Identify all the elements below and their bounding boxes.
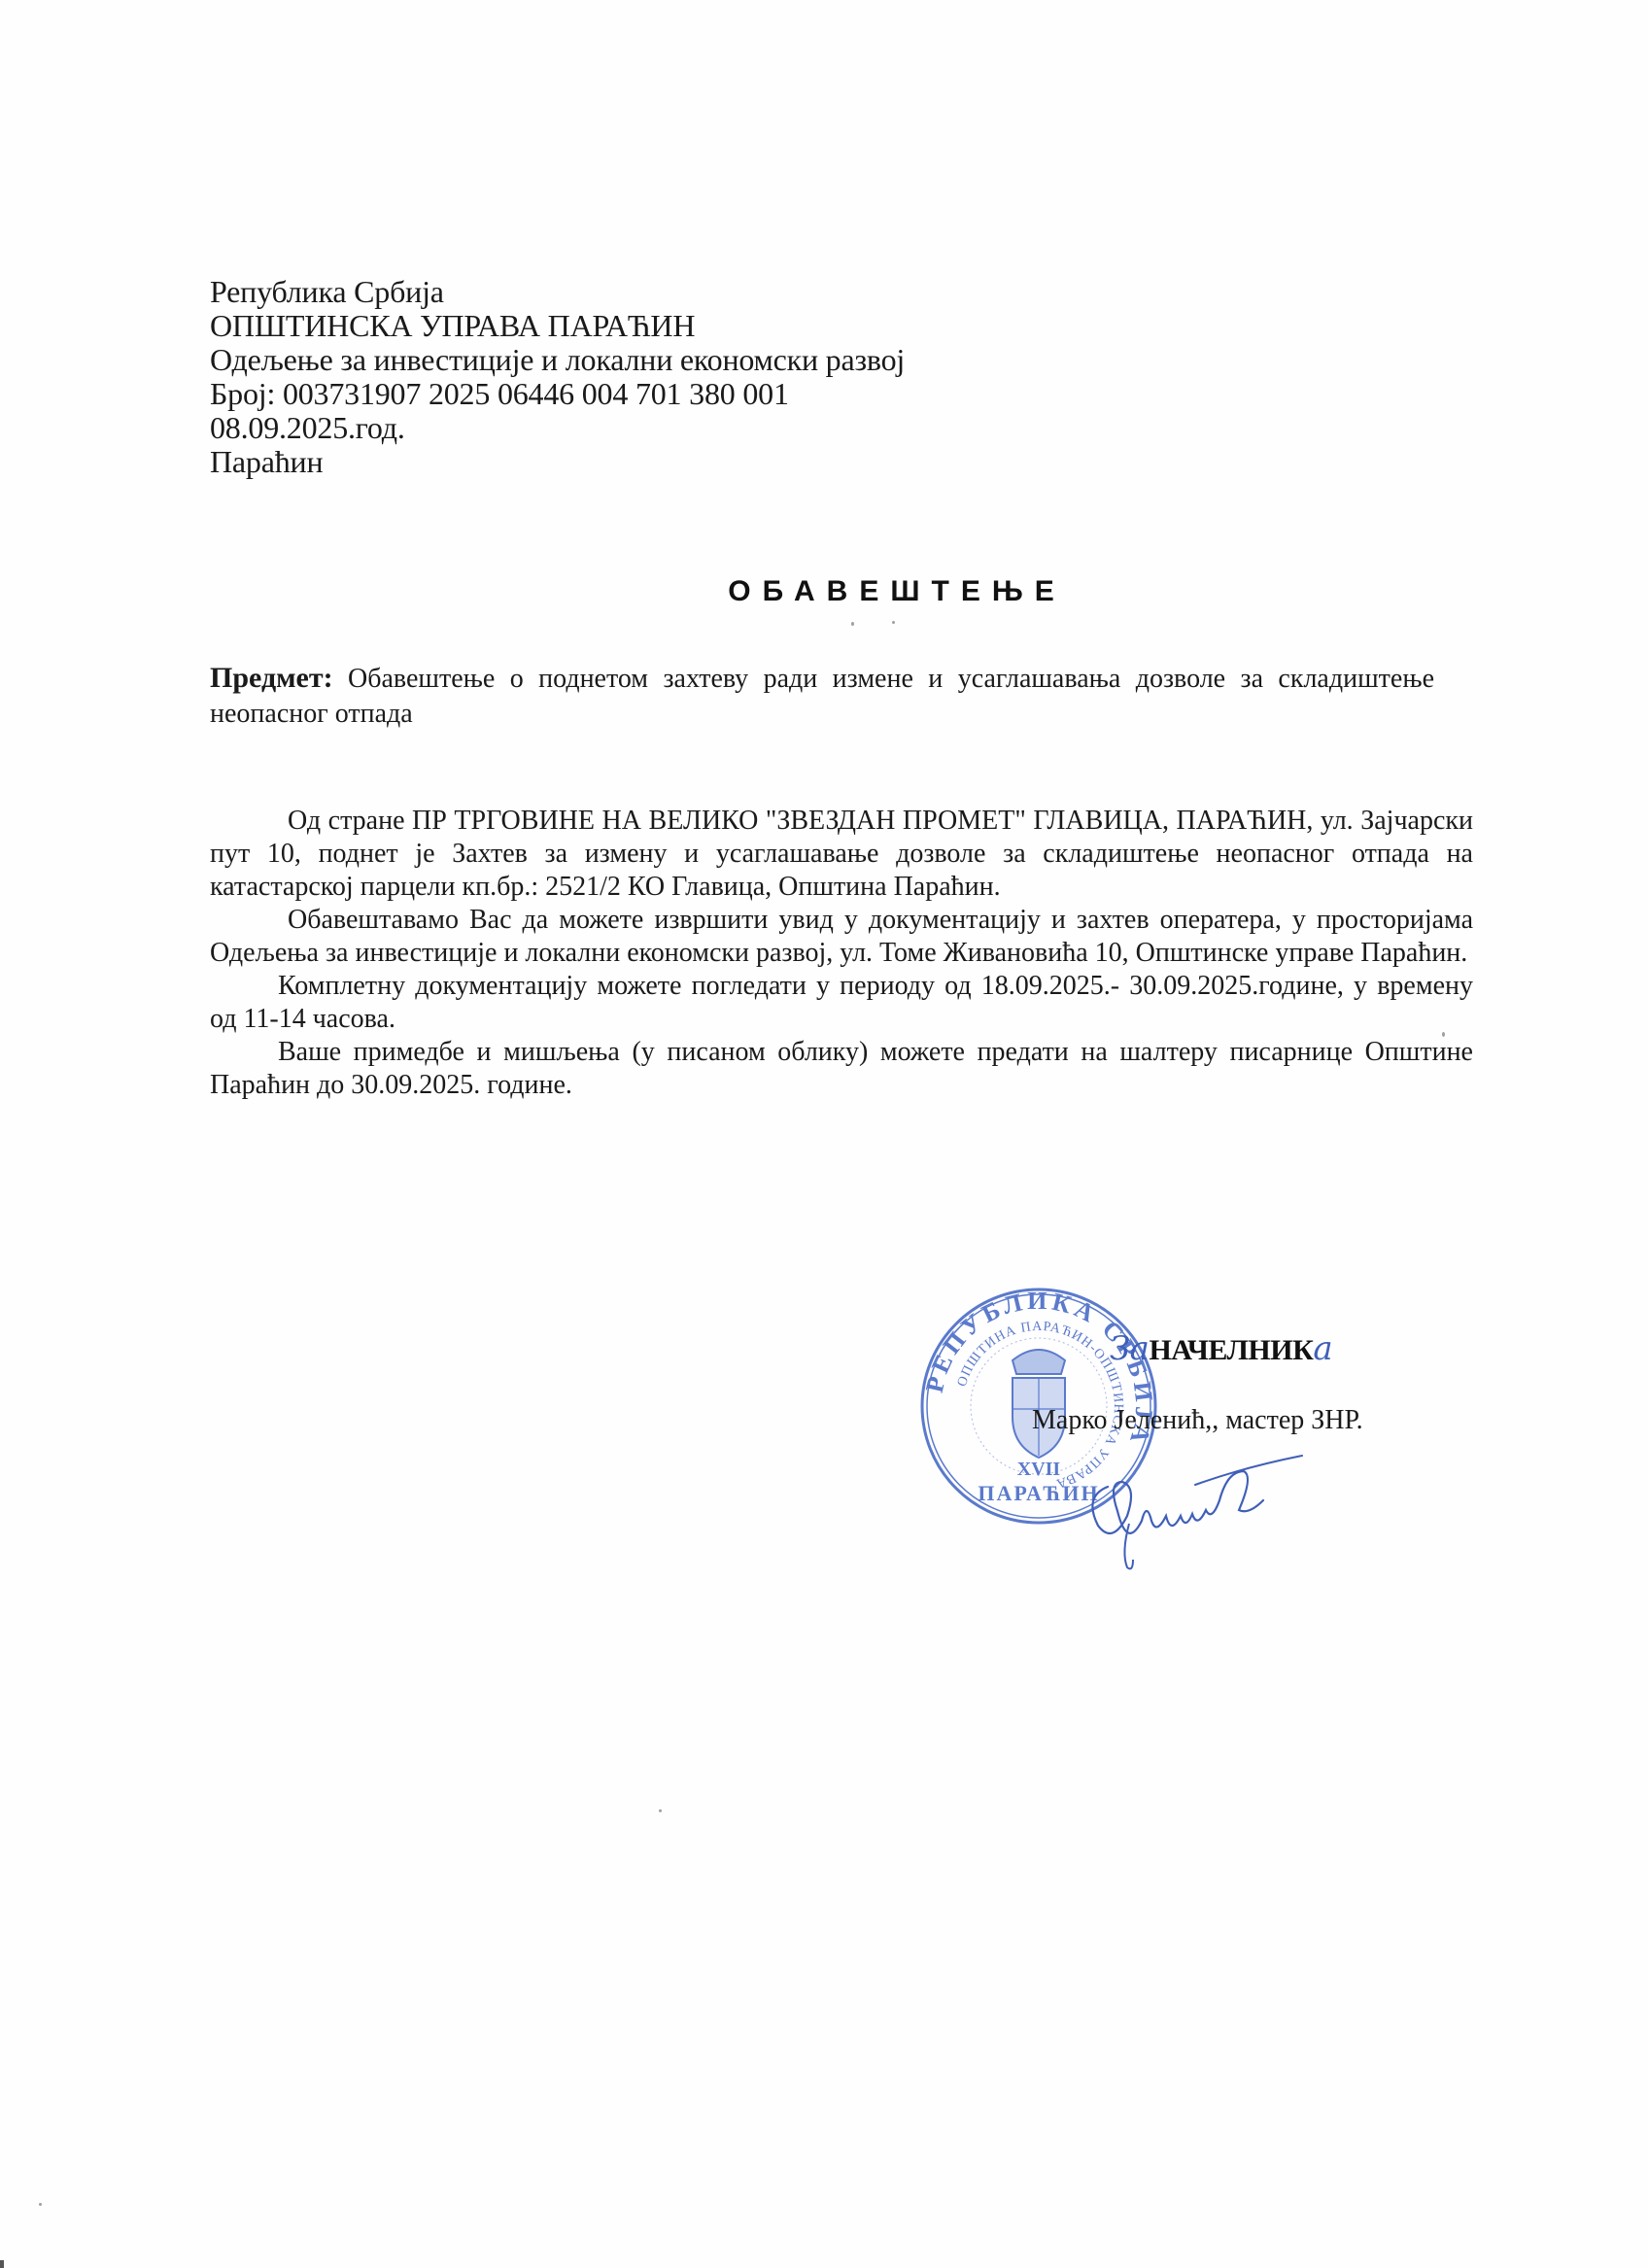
scan-speck [1442,1032,1445,1037]
scan-speck [39,2203,42,2206]
document-title: ОБАВЕШТЕЊЕ [0,575,1648,608]
scan-speck [851,622,854,626]
body-paragraph: Комплетну документацију можете погледати… [210,970,1473,1036]
signatory-name: Марко Јеленић,, мастер ЗНР. [1032,1405,1363,1436]
body-paragraph: Ваше примедбе и мишљења (у писаном облик… [210,1036,1473,1102]
signatory-role: НАЧЕЛНИК [1149,1334,1313,1366]
city-name: Параћин [210,445,905,479]
subject-line: Предмет: Обавештење о поднетом захтеву р… [210,661,1434,732]
body-paragraph: Обавештавамо Вас да можете извршити увид… [210,904,1473,970]
stamp-number: XVII [1017,1459,1061,1480]
scan-edge [0,2260,4,2268]
country-name: Република Србија [210,275,905,309]
scan-speck [892,621,895,624]
reference-number: Број: 003731907 2025 06446 004 701 380 0… [210,377,905,411]
handwritten-suffix: а [1313,1329,1332,1368]
subject-text: Обавештење о поднетом захтеву ради измен… [210,664,1434,729]
handwritten-signature [1069,1448,1322,1574]
authority-name: ОПШТИНСКА УПРАВА ПАРАЋИН [210,309,905,343]
body-paragraph: Од стране ПР ТРГОВИНЕ НА ВЕЛИКО "ЗВЕЗДАН… [210,805,1473,904]
subject-label: Предмет: [210,662,333,694]
document-date: 08.09.2025.год. [210,411,905,445]
signatory-title: ЗаНАЧЕЛНИКа [1110,1329,1332,1368]
coat-of-arms-icon [1013,1350,1065,1458]
document-body: Од стране ПР ТРГОВИНЕ НА ВЕЛИКО "ЗВЕЗДАН… [210,805,1473,1102]
handwritten-prefix: За [1110,1329,1149,1368]
scan-speck [659,1809,662,1812]
letterhead: Република Србија ОПШТИНСКА УПРАВА ПАРАЋИ… [210,275,905,479]
department-name: Одељење за инвестиције и локални економс… [210,343,905,377]
document-page: Република Србија ОПШТИНСКА УПРАВА ПАРАЋИ… [0,0,1648,2268]
